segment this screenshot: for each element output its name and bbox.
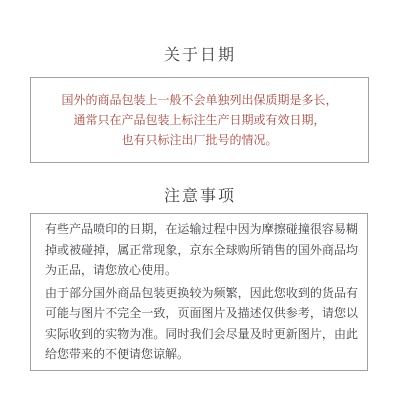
date-notice-line-2: 通常只在产品包装上标注生产日期或有效日期， — [73, 110, 325, 130]
precautions-paragraph-1: 有些产品喷印的日期，在运输过程中因为摩擦碰撞很容易糊掉或被碰掉，属正常现象，京东… — [45, 219, 358, 281]
section-title-about-date: 关于日期 — [0, 42, 400, 65]
date-notice-line-1: 国外的商品包装上一般不会单独列出保质期是多长， — [61, 90, 337, 110]
precautions-paragraph-2: 由于部分国外商品包装更换较为频繁，因此您收到的货品有可能与图片不完全一致，页面图… — [45, 283, 358, 365]
date-notice-box: 国外的商品包装上一般不会单独列出保质期是多长， 通常只在产品包装上标注生产日期或… — [30, 77, 369, 163]
product-notice-page: 关于日期 国外的商品包装上一般不会单独列出保质期是多长， 通常只在产品包装上标注… — [0, 0, 400, 400]
section-title-precautions: 注意事项 — [0, 183, 400, 206]
date-notice-line-3: 也有只标注出厂批号的情况。 — [121, 130, 277, 150]
precautions-box: 有些产品喷印的日期，在运输过程中因为摩擦碰撞很容易糊掉或被碰掉，属正常现象，京东… — [30, 213, 368, 371]
